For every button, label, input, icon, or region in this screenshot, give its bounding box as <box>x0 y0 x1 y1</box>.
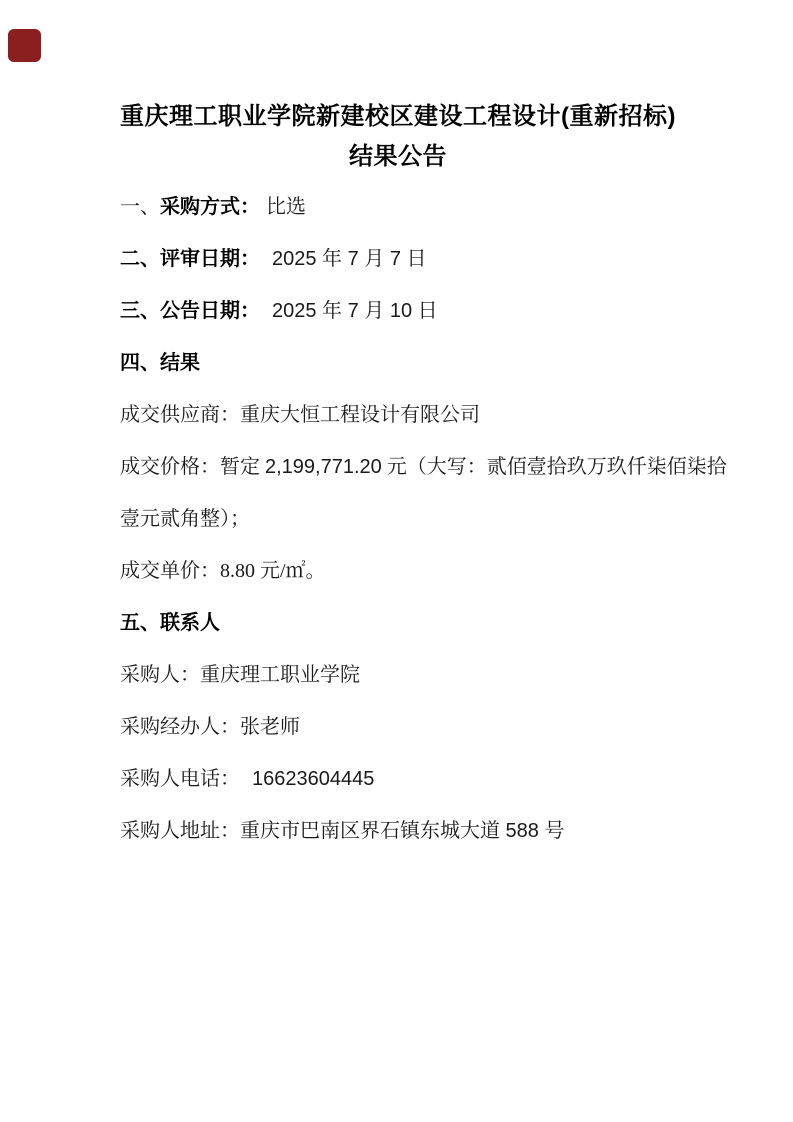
price-suffix: 元（大写：贰佰壹拾玖万玖仟柒佰柒拾 <box>382 456 727 478</box>
contact-heading: 五、联系人 <box>120 612 220 634</box>
review-date-value: 2025 年 7 月 7 日 <box>272 248 427 270</box>
announce-date-value: 2025 年 7 月 10 日 <box>272 300 438 322</box>
document-content: 重庆理工职业学院新建校区建设工程设计(重新招标) 结果公告 一、采购方式：比选 … <box>120 0 676 857</box>
phone-number: 16623604445 <box>252 768 374 790</box>
price-prefix: 成交价格：暂定 <box>120 456 265 478</box>
unit-price-text: 成交单价：8.80 元/㎡。 <box>120 560 326 582</box>
line-procurement-method: 一、采购方式：比选 <box>120 181 676 233</box>
price-amount: 2,199,771.20 <box>265 456 382 478</box>
document-page: 重庆理工职业学院新建校区建设工程设计(重新招标) 结果公告 一、采购方式：比选 … <box>0 0 793 1122</box>
line-announce-date: 三、公告日期：2025 年 7 月 10 日 <box>120 285 676 337</box>
line-supplier: 成交供应商：重庆大恒工程设计有限公司 <box>120 389 676 441</box>
buyer-text: 采购人：重庆理工职业学院 <box>120 664 360 686</box>
line-result-heading: 四、结果 <box>120 337 676 389</box>
document-body: 一、采购方式：比选 二、评审日期：2025 年 7 月 7 日 三、公告日期：2… <box>120 181 676 857</box>
supplier-text: 成交供应商：重庆大恒工程设计有限公司 <box>120 404 480 426</box>
address-value: 重庆市巴南区界石镇东城大道 588 号 <box>240 820 564 842</box>
line-address: 采购人地址：重庆市巴南区界石镇东城大道 588 号 <box>120 805 676 857</box>
method-value: 比选 <box>266 196 306 218</box>
red-corner-marker <box>8 29 41 62</box>
price-wrap-text: 壹元贰角整）； <box>120 508 250 530</box>
announce-date-label: 三、公告日期： <box>120 300 260 322</box>
line-unit-price: 成交单价：8.80 元/㎡。 <box>120 545 676 597</box>
line-agent: 采购经办人：张老师 <box>120 701 676 753</box>
line-phone: 采购人电话：16623604445 <box>120 753 676 805</box>
line-price-wrap: 壹元贰角整）； <box>120 493 676 545</box>
title-line-1: 重庆理工职业学院新建校区建设工程设计(重新招标) <box>120 97 676 137</box>
review-date-label: 二、评审日期： <box>120 248 260 270</box>
result-heading: 四、结果 <box>120 352 200 374</box>
method-prefix: 一、 <box>120 196 160 218</box>
line-buyer: 采购人：重庆理工职业学院 <box>120 649 676 701</box>
agent-text: 采购经办人：张老师 <box>120 716 300 738</box>
line-price: 成交价格：暂定 2,199,771.20 元（大写：贰佰壹拾玖万玖仟柒佰柒拾 <box>120 441 676 493</box>
method-label: 采购方式： <box>160 196 260 218</box>
line-review-date: 二、评审日期：2025 年 7 月 7 日 <box>120 233 676 285</box>
document-title: 重庆理工职业学院新建校区建设工程设计(重新招标) 结果公告 <box>120 97 676 177</box>
line-contact-heading: 五、联系人 <box>120 597 676 649</box>
phone-label: 采购人电话： <box>120 768 240 790</box>
address-label: 采购人地址： <box>120 820 240 842</box>
title-line-2: 结果公告 <box>120 137 676 177</box>
